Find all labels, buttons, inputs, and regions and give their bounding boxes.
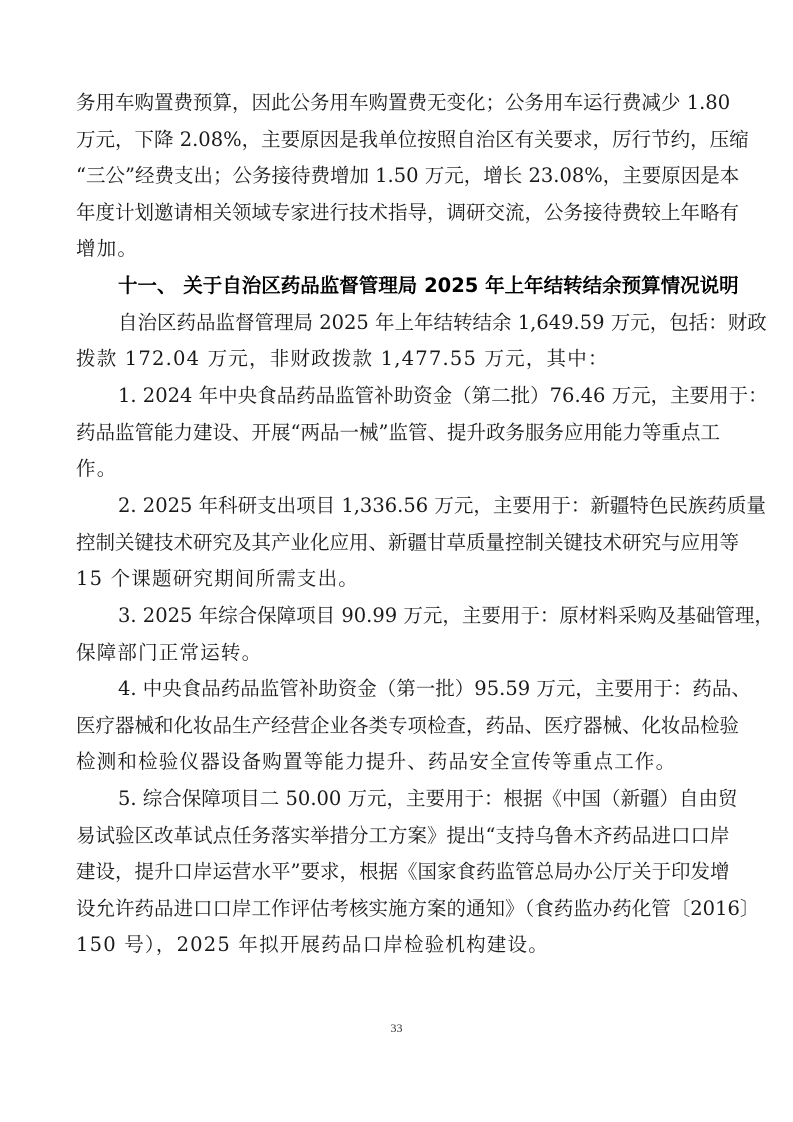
paragraph-line: 医疗器械和化妆品生产经营企业各类专项检查，药品、医疗器械、化妆品检验	[76, 714, 708, 738]
paragraph-line: 15 个课题研究期间所需支出。	[76, 567, 708, 591]
paragraph-line: 自治区药品监督管理局 2025 年上年结转结余 1,649.59 万元，包括：财…	[118, 311, 708, 335]
paragraph-line: 增加。	[76, 237, 708, 261]
paragraph-line: 拨款 172.04 万元，非财政拨款 1,477.55 万元，其中：	[76, 347, 708, 371]
paragraph-line: 设允许药品进口口岸工作评估考核实施方案的通知》（食药监办药化管〔2016〕	[76, 897, 708, 921]
paragraph-line: 作。	[76, 457, 708, 481]
paragraph-line: 4. 中央食品药品监管补助资金（第一批）95.59 万元，主要用于：药品、	[118, 677, 708, 701]
paragraph-line: 易试验区改革试点任务落实举措分工方案》提出“支持乌鲁木齐药品进口口岸	[76, 824, 708, 848]
paragraph-line: 3. 2025 年综合保障项目 90.99 万元，主要用于：原材料采购及基础管理…	[118, 604, 708, 628]
paragraph-line: 建设，提升口岸运营水平”要求，根据《国家食药监管总局办公厅关于印发增	[76, 860, 708, 884]
paragraph-line: 控制关键技术研究及其产业化应用、新疆甘草质量控制关键技术研究与应用等	[76, 531, 708, 555]
page-number: 33	[0, 1021, 793, 1036]
paragraph-line: 1. 2024 年中央食品药品监管补助资金（第二批）76.46 万元，主要用于：	[118, 384, 708, 408]
paragraph-line: 检测和检验仪器设备购置等能力提升、药品安全宣传等重点工作。	[76, 750, 708, 774]
paragraph-line: 5. 综合保障项目二 50.00 万元，主要用于：根据《中国（新疆）自由贸	[118, 787, 708, 811]
paragraph-line: 药品监管能力建设、开展“两品一械”监管、提升政务服务应用能力等重点工	[76, 421, 708, 445]
paragraph-line: 保障部门正常运转。	[76, 641, 708, 665]
paragraph-line: 2. 2025 年科研支出项目 1,336.56 万元，主要用于：新疆特色民族药…	[118, 494, 708, 518]
paragraph-line: 150 号），2025 年拟开展药品口岸检验机构建设。	[76, 933, 708, 957]
paragraph-line: 年度计划邀请相关领域专家进行技术指导，调研交流，公务接待费较上年略有	[76, 201, 708, 225]
document-page: 务用车购置费预算，因此公务用车购置费无变化；公务用车运行费减少 1.80万元，下…	[0, 0, 793, 1122]
paragraph-line: 务用车购置费预算，因此公务用车购置费无变化；公务用车运行费减少 1.80	[76, 91, 708, 115]
paragraph-line: 万元，下降 2.08%，主要原因是我单位按照自治区有关要求，厉行节约，压缩	[76, 128, 708, 152]
section-heading: 十一、 关于自治区药品监督管理局 2025 年上年结转结余预算情况说明	[118, 274, 708, 298]
paragraph-line: “三公”经费支出；公务接待费增加 1.50 万元，增长 23.08%，主要原因是…	[76, 164, 708, 188]
